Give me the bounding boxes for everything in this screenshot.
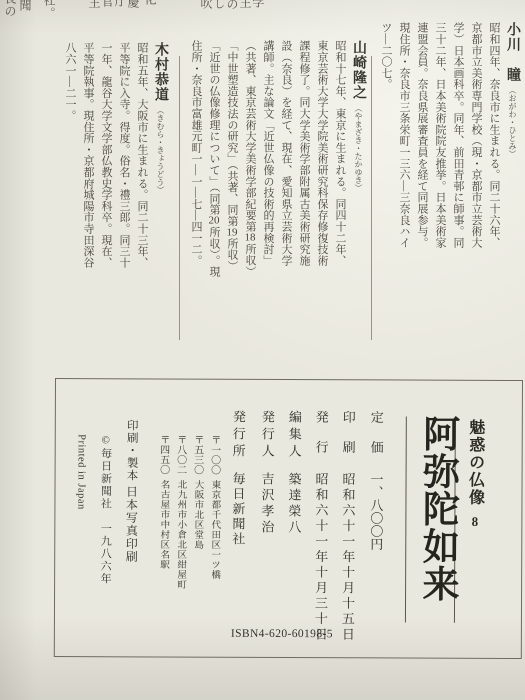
clipped-text-fragment: 吹 [199, 0, 212, 10]
bio-text-line: 八六一—二一。 [61, 42, 79, 332]
bio-divider-line [179, 56, 180, 340]
entry-label: 発行人 [258, 410, 277, 461]
entry-value: 昭和六十一年十月十五日 [338, 472, 358, 643]
colophon-entry-publisher-person: 発行人 吉沢孝治 [255, 380, 276, 657]
entry-value: 毎日新聞社 [228, 472, 247, 547]
bio-text-line: 「中世塑造技法の研究」（共著、同第19所収） [223, 40, 241, 330]
printed-in-japan: Printed in Japan [75, 434, 86, 510]
entry-value: 昭和六十一年十月三十日 [311, 472, 331, 643]
entry-label: 発行 [312, 410, 331, 470]
publisher-address-nagoya: 〒四五〇 名古屋市中村区名駅 [154, 379, 169, 656]
bio-text-line: 連盟会員。奈良県展審査員を経て同展参与。 [413, 22, 431, 312]
book-page-photo: 良の新聞社。主官庁慶化吹しの主学 小川 瞳（おがわ・ひとみ） 昭和四年、奈良市に… [0, 0, 525, 700]
bio-divider-line [371, 56, 372, 340]
author-bio-yamazaki: 山崎隆之（やまざき・たかゆき） 昭和十七年、東京に生まれる。同四十二年、東京芸術… [187, 40, 367, 330]
bio-text-line: （共著、東京芸術大学美術学部紀要第18所収） [241, 40, 259, 330]
postal-code: 〒五三〇 [190, 435, 205, 475]
entry-value: 一、八〇〇円 [366, 472, 385, 550]
main-title: 阿弥陀如来 [409, 415, 464, 603]
author-name: 木村恭道 [153, 42, 168, 102]
bio-text-line: 講師。主な論文「近世仏像の技術的再検討」 [259, 40, 277, 330]
bio-text-line: 設（奈良）を経て、現在、愛知県立芸術大学 [277, 40, 295, 330]
copyright-notice: ©毎日新聞社 一九八六年 [97, 434, 114, 585]
entry-value: 日本写真印刷 [123, 485, 140, 563]
author-name: 山崎隆之 [351, 40, 366, 100]
clipped-text-fragment: 新聞 [18, 0, 31, 12]
bio-text-line: 「近世の仏像修理について」（同第20所収）。現 [205, 40, 223, 330]
clipped-text-fragment: 化 [143, 0, 156, 6]
bio-text-line: 住所・奈良市富雄元町一—一—七—四一二。 [187, 40, 205, 330]
author-heading: 木村恭道（きむら・きょうどう） [151, 42, 169, 332]
postal-code: 〒一〇〇 [207, 435, 222, 475]
series-number: 8 [467, 514, 482, 527]
bio-text-line: 現住所・奈良市三条栄町一三六—三奈良ハイ [395, 22, 413, 312]
author-heading: 小川 瞳（おがわ・ひとみ） [503, 22, 521, 312]
author-furigana: （やまざき・たかゆき） [354, 104, 363, 192]
bio-text-line: 昭和十七年、東京に生まれる。同四十二年、 [331, 40, 349, 330]
entry-value: 築達榮八 [284, 472, 303, 536]
colophon-entry-printed-date: 印刷 昭和六十一年十月十五日 [336, 380, 357, 657]
clipped-text-fragment: 主 [87, 0, 100, 9]
author-bio-ogawa: 小川 瞳（おがわ・ひとみ） 昭和四年、奈良市に生まれる。同二十六年、京都市立美術… [377, 22, 521, 312]
colophon-entry-printer: 印刷・製本 日本写真印刷 [121, 379, 142, 656]
series-title-text: 魅惑の仏像 [466, 419, 483, 507]
clipped-text-fragment: 主 [238, 0, 251, 9]
entry-label: 印刷 [339, 410, 358, 470]
postal-code: 〒四五〇 [156, 434, 171, 474]
author-furigana: （おがわ・ひとみ） [508, 86, 517, 158]
bio-text-line: 昭和四年、奈良市に生まれる。同二十六年、 [485, 22, 503, 312]
address-text: 大阪市北区堂島 [190, 480, 204, 550]
colophon-entry-publishing-house: 発行所 毎日新聞社 [226, 380, 247, 657]
bio-text-line: 一年、龍谷大学文学部仏教史学科卒。現在、 [97, 42, 115, 332]
entry-label: 発行所 [229, 410, 248, 461]
bio-text-line: 昭和五年、大阪市に生まれる。同二十三年、 [133, 42, 151, 332]
author-name: 小川 瞳 [505, 22, 520, 82]
title-rule-left [405, 417, 407, 623]
series-title: 魅惑の仏像8 [463, 419, 486, 528]
clipped-text-fragment: の [225, 0, 238, 11]
address-text: 東京都千代田区一ツ橋 [207, 480, 221, 580]
address-text: 北九州市小倉北区紺屋町 [173, 480, 187, 590]
bio-text-line: 平等院に入寺。得度。俗名・禮三郎。同三十 [115, 42, 133, 332]
publisher-address-osaka: 〒五三〇 大阪市北区堂島 [188, 380, 203, 657]
entry-label: 定価 [367, 410, 386, 470]
author-heading: 山崎隆之（やまざき・たかゆき） [349, 40, 367, 330]
author-furigana: （きむら・きょうどう） [156, 106, 165, 194]
entry-value: 吉沢孝治 [257, 472, 276, 536]
postal-code: 〒八〇二 [173, 435, 188, 475]
author-bio-kimura: 木村恭道（きむら・きょうどう） 昭和五年、大阪市に生まれる。同二十三年、平等院に… [61, 42, 169, 332]
bio-text-line: 京都市立美術専門学校（現・京都市立芸術大 [467, 22, 485, 312]
clipped-text-fragment: 庁 [113, 0, 126, 8]
colophon-entry-editor: 編集人 築達榮八 [282, 380, 303, 657]
clipped-text-fragment: し [212, 0, 225, 10]
bio-text-line: 三十二年、日本美術院院友推挙。日本美術家 [431, 22, 449, 312]
clipped-text-fragment: 社。 [42, 0, 55, 20]
entry-label: 印刷・製本 [124, 419, 140, 482]
entry-label: 編集人 [285, 410, 304, 461]
clipped-text-fragment: 良の [3, 0, 16, 18]
colophon-entry-price: 定価 一、八〇〇円 [364, 380, 385, 657]
clipped-text-fragment: 学 [251, 0, 264, 9]
bio-text-line: ツ—二〇七。 [377, 22, 395, 312]
clipped-text-fragment: 慶 [126, 0, 139, 9]
address-text: 名古屋市中村区名駅 [156, 479, 170, 569]
bio-text-line: 平等院執事。現住所・京都府城陽市寺田深谷 [79, 42, 97, 332]
bio-text-line: 東京芸術大学大学院美術研究科保存修復技術 [313, 40, 331, 330]
bio-text-line: 学）日本画科卒。同年、前田青邨に師事。同 [449, 22, 467, 312]
colophon-box: 魅惑の仏像8 阿弥陀如来 定価 一、八〇〇円 印刷 昭和六十一年十月十五日 発行… [54, 378, 523, 659]
bio-text-line: 課程修了。同大学美術学部附属古美術研究施 [295, 40, 313, 330]
clipped-text-fragment: 官 [100, 0, 113, 8]
colophon-entry-issued-date: 発行 昭和六十一年十月三十日 [309, 380, 330, 657]
publisher-address-kitakyushu: 〒八〇二 北九州市小倉北区紺屋町 [171, 380, 186, 657]
isbn-number: ISBN4-620-60198-5 [231, 628, 333, 640]
publisher-address-tokyo: 〒一〇〇 東京都千代田区一ツ橋 [205, 380, 220, 657]
